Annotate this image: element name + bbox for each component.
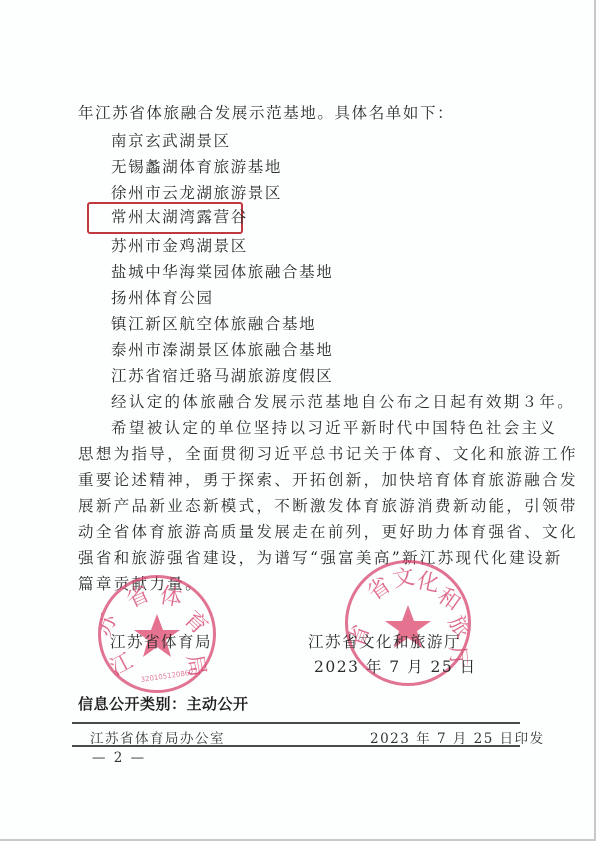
page-number: — 2 — [92, 750, 146, 766]
svg-text:省: 省 [363, 573, 395, 606]
base-list-item: 江苏省宿迁骆马湖旅游度假区 [111, 366, 333, 386]
document-page: 年江苏省体旅融合发展示范基地。具体名单如下： 南京玄武湖景区 无锡蠡湖体育旅游基… [0, 0, 596, 841]
base-list-item: 镇江新区航空体旅融合基地 [111, 314, 316, 334]
svg-text:化: 化 [415, 568, 442, 597]
left-signature-org: 江苏省体育局 [110, 630, 212, 652]
paragraph-line: 动全省体育旅游高质量发展走在前列，更好助力体育强省、文化 [78, 522, 578, 542]
issue-date: 2023 年 7 月 25 日印发 [370, 727, 545, 747]
base-list-item: 南京玄武湖景区 [111, 131, 231, 151]
footer-bottom-rule [72, 745, 520, 747]
base-list-item: 苏州市金鸡湖景区 [111, 236, 248, 256]
paragraph-line: 思想为指导，全面贯彻习近平总书记关于体育、文化和旅游工作 [78, 444, 578, 464]
paragraph-line: 强省和旅游强省建设，为谱写“强富美高”新江苏现代化建设新 [78, 548, 563, 568]
paragraph-line: 重要论述精神，勇于探索、开拓创新，加快培育体育旅游融合发 [78, 470, 578, 490]
right-signature-org: 江苏省文化和旅游厅 [308, 630, 461, 652]
signature-date: 2023 年 7 月 25 日 [314, 655, 477, 677]
validity-line: 经认定的体旅融合发展示范基地自公布之日起有效期３年。 [111, 392, 575, 412]
svg-text:体: 体 [158, 583, 184, 611]
paragraph-line: 展新产品新业态新模式，不断激发体育旅游消费新动能，引领带 [78, 496, 578, 516]
base-list-item-highlighted: 常州太湖湾露营谷 [111, 207, 248, 227]
issuer: 江苏省体育局办公室 [90, 727, 225, 747]
base-list-item: 徐州市云龙湖旅游景区 [111, 183, 282, 203]
svg-text:江: 江 [106, 649, 137, 681]
info-disclosure-category: 信息公开类别：主动公开 [78, 693, 249, 714]
svg-text:文: 文 [391, 564, 417, 592]
base-list-item: 扬州体育公园 [111, 288, 214, 308]
footer-top-rule [72, 722, 520, 724]
base-list-item: 泰州市溱湖景区体旅融合基地 [111, 340, 333, 360]
svg-text:3201051208627: 3201051208627 [140, 668, 198, 684]
svg-text:省: 省 [123, 581, 154, 613]
base-list-item: 无锡蠡湖体育旅游基地 [111, 157, 282, 177]
base-list-item: 盐城中华海棠园体旅融合基地 [111, 262, 333, 282]
intro-line: 年江苏省体旅融合发展示范基地。具体名单如下： [78, 103, 454, 123]
paragraph-line: 希望被认定的单位坚持以习近平新时代中国特色社会主义 [111, 418, 557, 438]
